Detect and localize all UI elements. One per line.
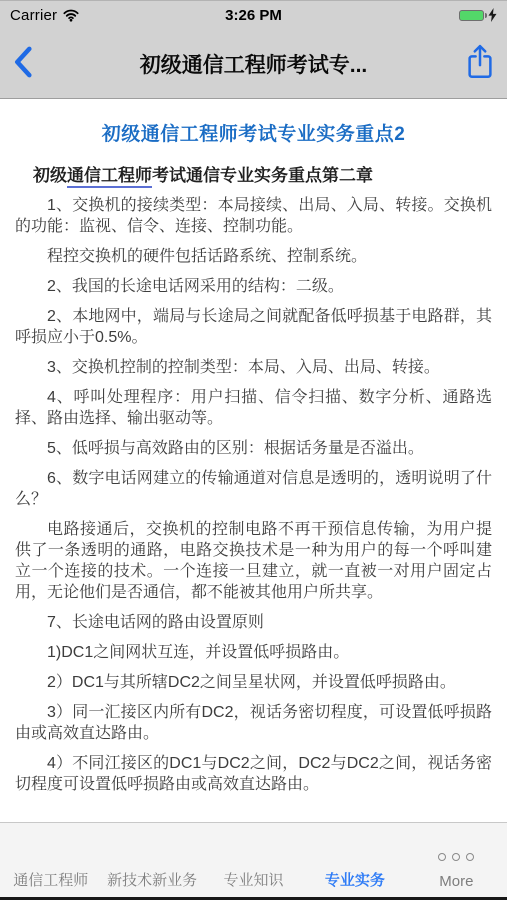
paragraph: 4）不同江接区的DC1与DC2之间，DC2与DC2之间，视话务密切程度可设置低呼… [15, 753, 492, 795]
phone-screen: Carrier 3:26 PM [0, 0, 507, 900]
paragraph: 程控交换机的硬件包括话路系统、控制系统。 [15, 246, 492, 267]
back-button[interactable] [12, 46, 52, 83]
tab-item-zhuanye-zhishi[interactable]: 专业知识 [203, 823, 304, 897]
nav-title: 初级通信工程师考试专... [52, 49, 455, 79]
paragraph: 电路接通后，交换机的控制电路不再干预信息传输，为用户提供了一条透明的通路，电路交… [15, 519, 492, 603]
tab-label: 专业实务 [325, 869, 385, 890]
status-bar: Carrier 3:26 PM [0, 0, 507, 30]
tab-label: More [439, 873, 473, 890]
more-ellipsis-icon [438, 853, 474, 861]
share-icon [465, 43, 495, 86]
share-button[interactable] [455, 43, 495, 86]
tab-label: 新技术新业务 [107, 869, 197, 890]
paragraph: 2）DC1与其所辖DC2之间呈星状网，并设置低呼损路由。 [15, 672, 492, 693]
paragraph: 1)DC1之间网状互连，并设置低呼损路由。 [15, 642, 492, 663]
paragraph: 2、本地网中，端局与长途局之间就配备低呼损基于电路群，其呼损应小于0.5%。 [15, 306, 492, 348]
paragraph: 2、我国的长途电话网采用的结构：二级。 [15, 276, 492, 297]
tab-item-tongxin-gongchengshi[interactable]: 通信工程师 [0, 823, 101, 897]
article-heading: 初级通信工程师考试通信专业实务重点第二章 [33, 161, 492, 186]
status-right [347, 8, 497, 22]
paragraph: 6、数字电话网建立的传输通道对信息是透明的，透明说明了什么？ [15, 468, 492, 510]
tab-item-zhuanye-shiwu[interactable]: 专业实务 [304, 823, 405, 897]
article-title: 初级通信工程师考试专业实务重点2 [15, 119, 492, 146]
tab-label: 专业知识 [224, 869, 284, 890]
top-chrome: Carrier 3:26 PM [0, 0, 507, 99]
carrier-label: Carrier [10, 7, 57, 24]
paragraph: 3、交换机控制的控制类型：本局、入局、出局、转接。 [15, 357, 492, 378]
tab-bar: 通信工程师 新技术新业务 专业知识 专业实务 More [0, 822, 507, 897]
wifi-icon [62, 8, 80, 22]
nav-bar: 初级通信工程师考试专... [0, 30, 507, 98]
battery-icon [459, 10, 484, 21]
article-content[interactable]: 初级通信工程师考试专业实务重点2 初级通信工程师考试通信专业实务重点第二章 1、… [0, 99, 507, 822]
status-time: 3:26 PM [160, 7, 347, 24]
tab-label: 通信工程师 [13, 869, 88, 890]
status-left: Carrier [10, 7, 160, 24]
tab-item-xinjishu-xinyewu[interactable]: 新技术新业务 [101, 823, 202, 897]
paragraph: 5、低呼损与高效路由的区别：根据话务量是否溢出。 [15, 438, 492, 459]
heading-pre: 初级 [33, 166, 67, 185]
paragraph: 7、长途电话网的路由设置原则 [15, 612, 492, 633]
paragraph: 3）同一汇接区内所有DC2，视话务密切程度，可设置低呼损路由或高效直达路由。 [15, 702, 492, 744]
heading-post: 考试通信专业实务重点第二章 [152, 166, 373, 185]
paragraph: 1、交换机的接续类型：本局接续、出局、入局、转接。交换机的功能：监视、信令、连接… [15, 195, 492, 237]
heading-link[interactable]: 通信工程师 [67, 166, 152, 188]
paragraph: 4、呼叫处理程序：用户扫描、信令扫描、数字分析、通路选择、路由选择、输出驱动等。 [15, 387, 492, 429]
back-chevron-icon [12, 46, 34, 83]
charging-bolt-icon [488, 8, 497, 22]
tab-item-more[interactable]: More [406, 823, 507, 897]
